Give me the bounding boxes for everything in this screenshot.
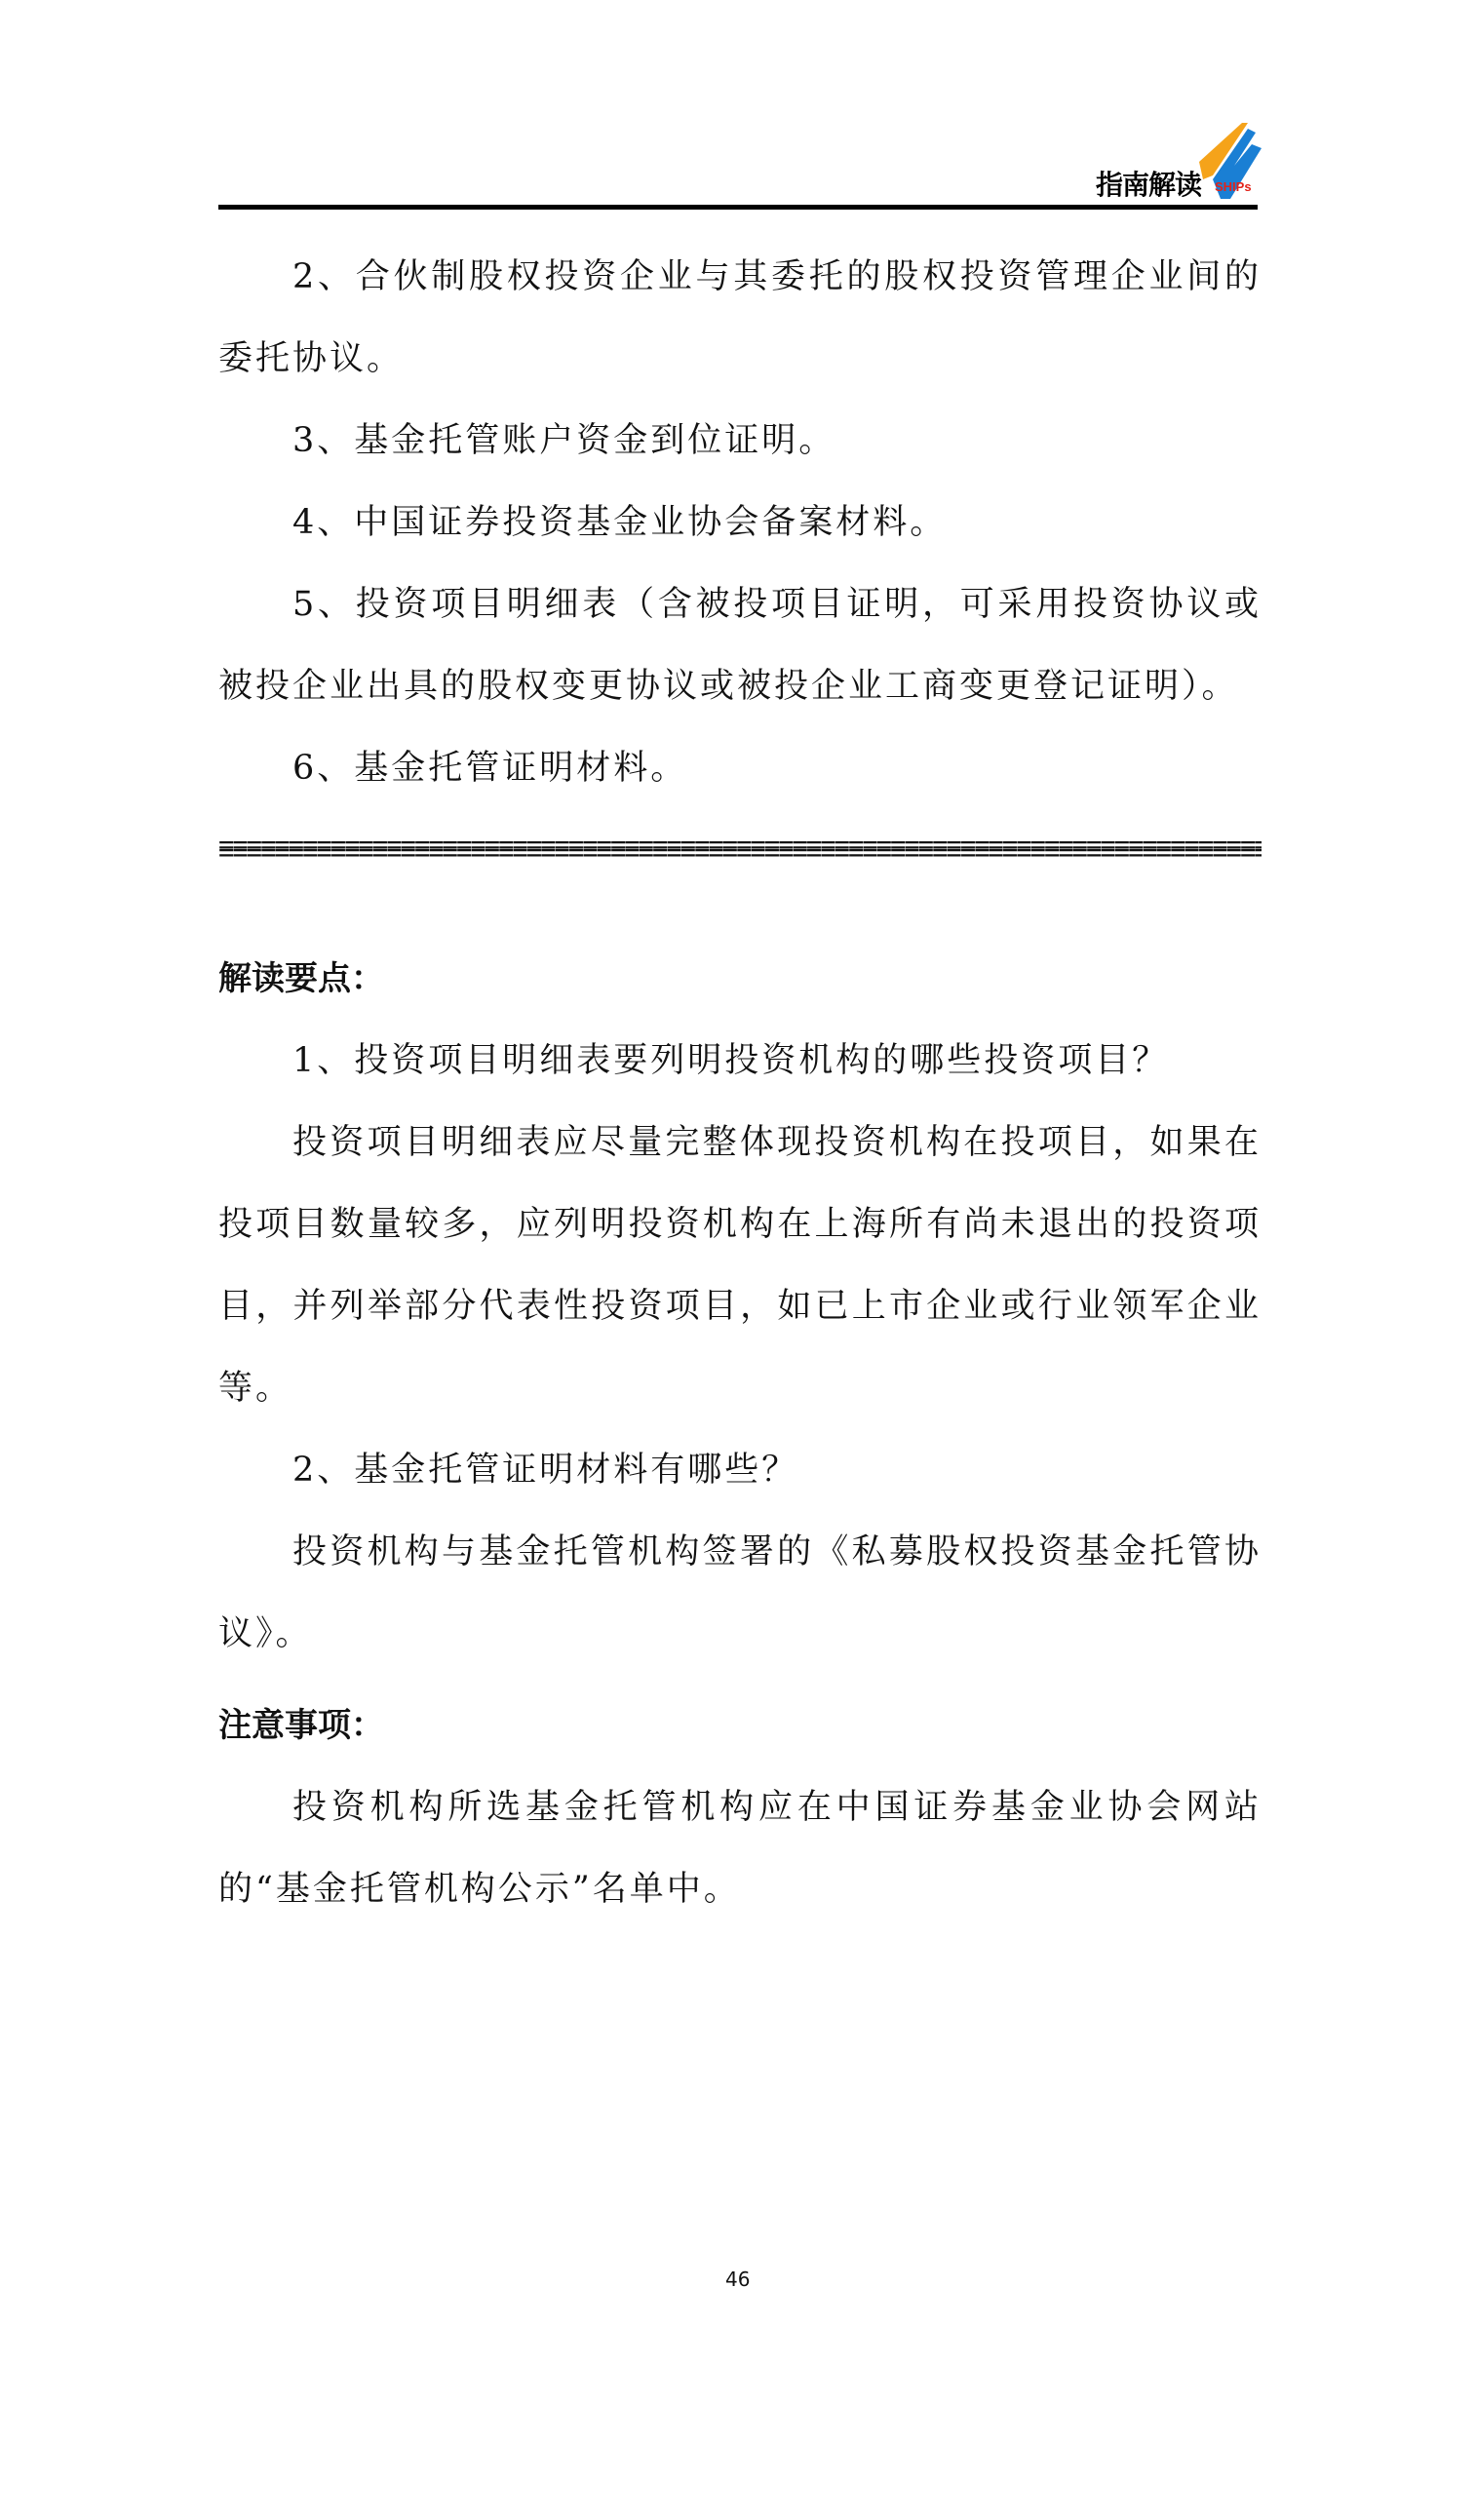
logo-text: SHIPs <box>1215 179 1252 194</box>
header-rule <box>218 205 1258 210</box>
list-item: 4、中国证券投资基金业协会备案材料。 <box>218 482 1262 563</box>
question: 1、投资项目明细表要列明投资机构的哪些投资项目？ <box>218 1020 1262 1102</box>
page-header-title: 指南解读 <box>1096 164 1201 203</box>
list-item: 2、合伙制股权投资企业与其委托的股权投资管理企业间的委托协议。 <box>218 236 1262 400</box>
answer: 投资机构与基金托管机构签署的《私募股权投资基金托管协议》。 <box>218 1511 1262 1675</box>
separator-line: ========================================… <box>218 831 1262 889</box>
page-number: 46 <box>725 2268 750 2291</box>
note-text: 投资机构所选基金托管机构应在中国证券基金业协会网站的“基金托管机构公示”名单中。 <box>218 1766 1262 1930</box>
section-title-interpretation: 解读要点： <box>218 938 1262 1020</box>
document-body: 2、合伙制股权投资企业与其委托的股权投资管理企业间的委托协议。 3、基金托管账户… <box>218 236 1262 1930</box>
answer: 投资项目明细表应尽量完整体现投资机构在投项目，如果在投项目数量较多，应列明投资机… <box>218 1102 1262 1429</box>
list-item: 6、基金托管证明材料。 <box>218 727 1262 809</box>
list-item: 3、基金托管账户资金到位证明。 <box>218 400 1262 482</box>
separator-row: ========================================… <box>218 838 1262 868</box>
question: 2、基金托管证明材料有哪些？ <box>218 1429 1262 1511</box>
list-item: 5、投资项目明细表（含被投项目证明，可采用投资协议或被投企业出具的股权变更协议或… <box>218 563 1262 727</box>
section-title-notes: 注意事项： <box>218 1685 1262 1766</box>
